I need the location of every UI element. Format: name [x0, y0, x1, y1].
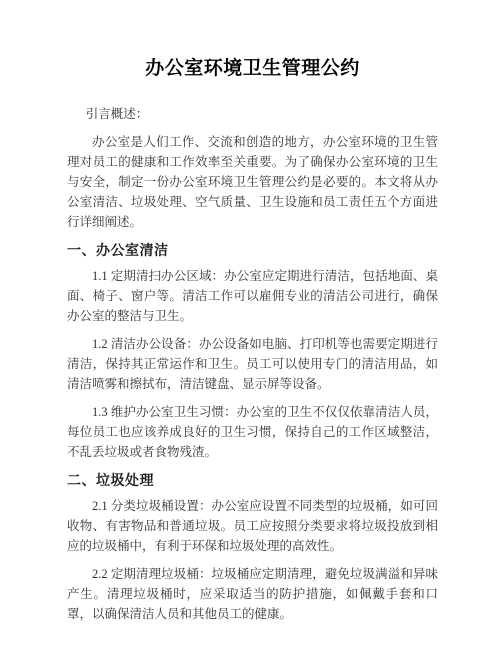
document-title: 办公室环境卫生管理公约 [67, 56, 438, 82]
intro-label: 引言概述： [67, 104, 438, 124]
paragraph-1-1: 1.1 定期清扫办公区域：办公室应定期进行清洁，包括地面、桌面、椅子、窗户等。清… [67, 266, 438, 326]
section-heading-office-cleaning: 一、办公室清洁 [67, 240, 438, 260]
document-page: 办公室环境卫生管理公约 引言概述： 办公室是人们工作、交流和创造的地方，办公室环… [0, 0, 502, 649]
paragraph-2-1: 2.1 分类垃圾桶设置：办公室应设置不同类型的垃圾桶，如可回收物、有害物品和普通… [67, 496, 438, 556]
paragraph-2-2: 2.2 定期清理垃圾桶：垃圾桶应定期清理，避免垃圾满溢和异味产生。清理垃圾桶时，… [67, 564, 438, 624]
section-heading-garbage-disposal: 二、垃圾处理 [67, 470, 438, 490]
paragraph-1-2: 1.2 清洁办公设备：办公设备如电脑、打印机等也需要定期进行清洁，保持其正常运作… [67, 334, 438, 394]
intro-paragraph: 办公室是人们工作、交流和创造的地方，办公室环境的卫生管理对员工的健康和工作效率至… [67, 132, 438, 232]
paragraph-1-3: 1.3 维护办公室卫生习惯：办公室的卫生不仅仅依靠清洁人员，每位员工也应该养成良… [67, 402, 438, 462]
